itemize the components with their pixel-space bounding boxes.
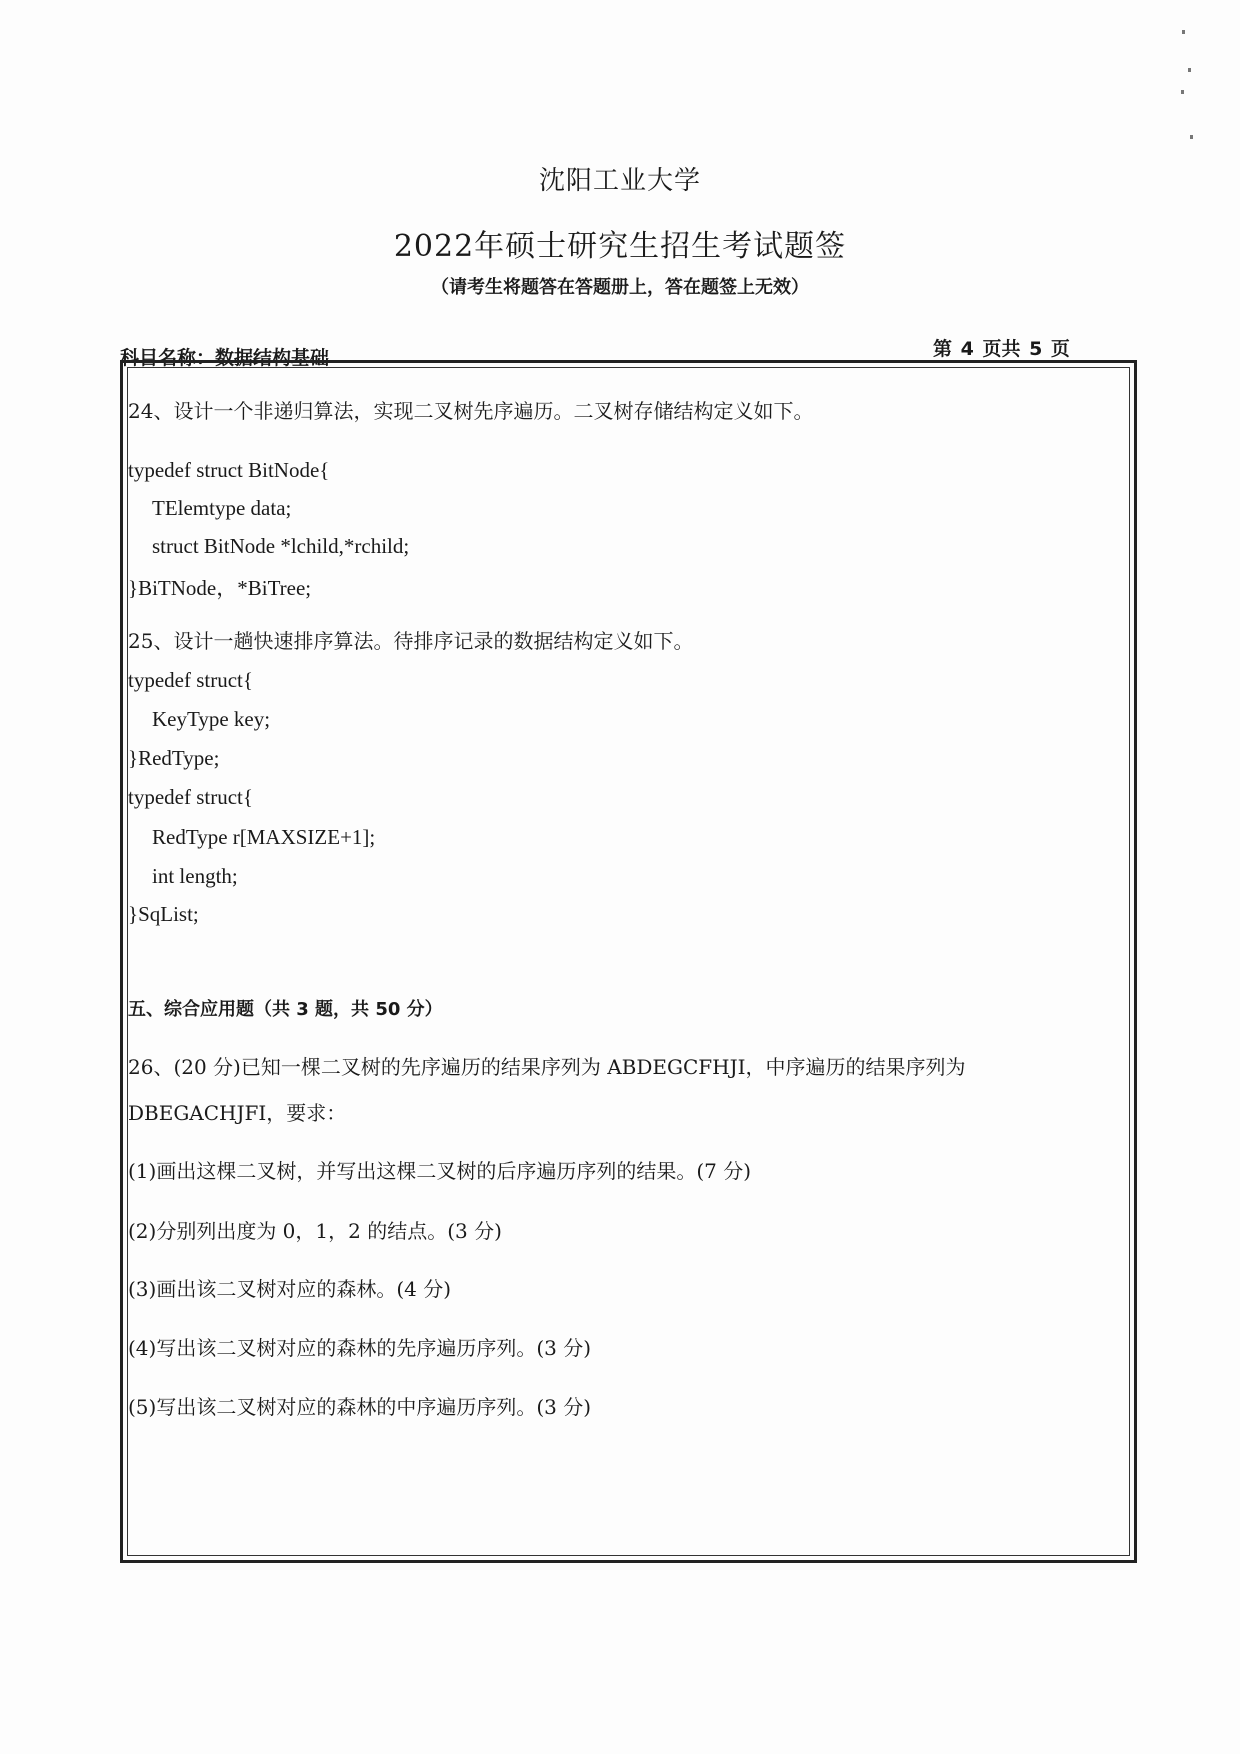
q24-prompt: 24、设计一个非递归算法，实现二叉树先序遍历。二叉树存储结构定义如下。: [128, 395, 813, 424]
q25-code-line: int length;: [128, 864, 238, 889]
school-name: 沈阳工业大学: [0, 160, 1240, 197]
q25-code-line: typedef struct{: [128, 785, 253, 810]
q24-code-line: typedef struct BitNode{: [128, 458, 329, 483]
q26-part: (5)写出该二叉树对应的森林的中序遍历序列。(3 分): [128, 1391, 591, 1420]
q25-code-line: }SqList;: [128, 902, 199, 927]
q25-code-line: RedType r[MAXSIZE+1];: [128, 825, 375, 850]
exam-title: 2022年硕士研究生招生考试题签: [0, 221, 1240, 265]
q25-code-line: }RedType;: [128, 746, 219, 771]
q24-code-line: TElemtype data;: [128, 496, 291, 521]
q25-prompt: 25、设计一趟快速排序算法。待排序记录的数据结构定义如下。: [128, 625, 693, 654]
q26-part: (3)画出该二叉树对应的森林。(4 分): [128, 1273, 451, 1302]
exam-notice: （请考生将题答在答题册上，答在题签上无效）: [0, 273, 1240, 299]
q25-code-line: typedef struct{: [128, 668, 253, 693]
section-heading: 五、综合应用题（共 3 题，共 50 分）: [128, 995, 443, 1021]
q24-code-line: }BiTNode，*BiTree;: [128, 572, 311, 602]
q26-part: (2)分别列出度为 0，1，2 的结点。(3 分): [128, 1215, 502, 1244]
q26-prompt-cont: DBEGACHJFI，要求：: [128, 1097, 346, 1126]
q26-prompt: 26、(20 分)已知一棵二叉树的先序遍历的结果序列为 ABDEGCFHJI，中…: [128, 1051, 966, 1080]
q24-code-line: struct BitNode *lchild,*rchild;: [128, 534, 409, 559]
page-indicator: 第 4 页共 5 页: [933, 334, 1070, 361]
exam-page: 沈阳工业大学 2022年硕士研究生招生考试题签 （请考生将题答在答题册上，答在题…: [0, 0, 1240, 1754]
q25-code-line: KeyType key;: [128, 707, 270, 732]
q26-part: (1)画出这棵二叉树，并写出这棵二叉树的后序遍历序列的结果。(7 分): [128, 1155, 751, 1184]
q26-part: (4)写出该二叉树对应的森林的先序遍历序列。(3 分): [128, 1332, 591, 1361]
